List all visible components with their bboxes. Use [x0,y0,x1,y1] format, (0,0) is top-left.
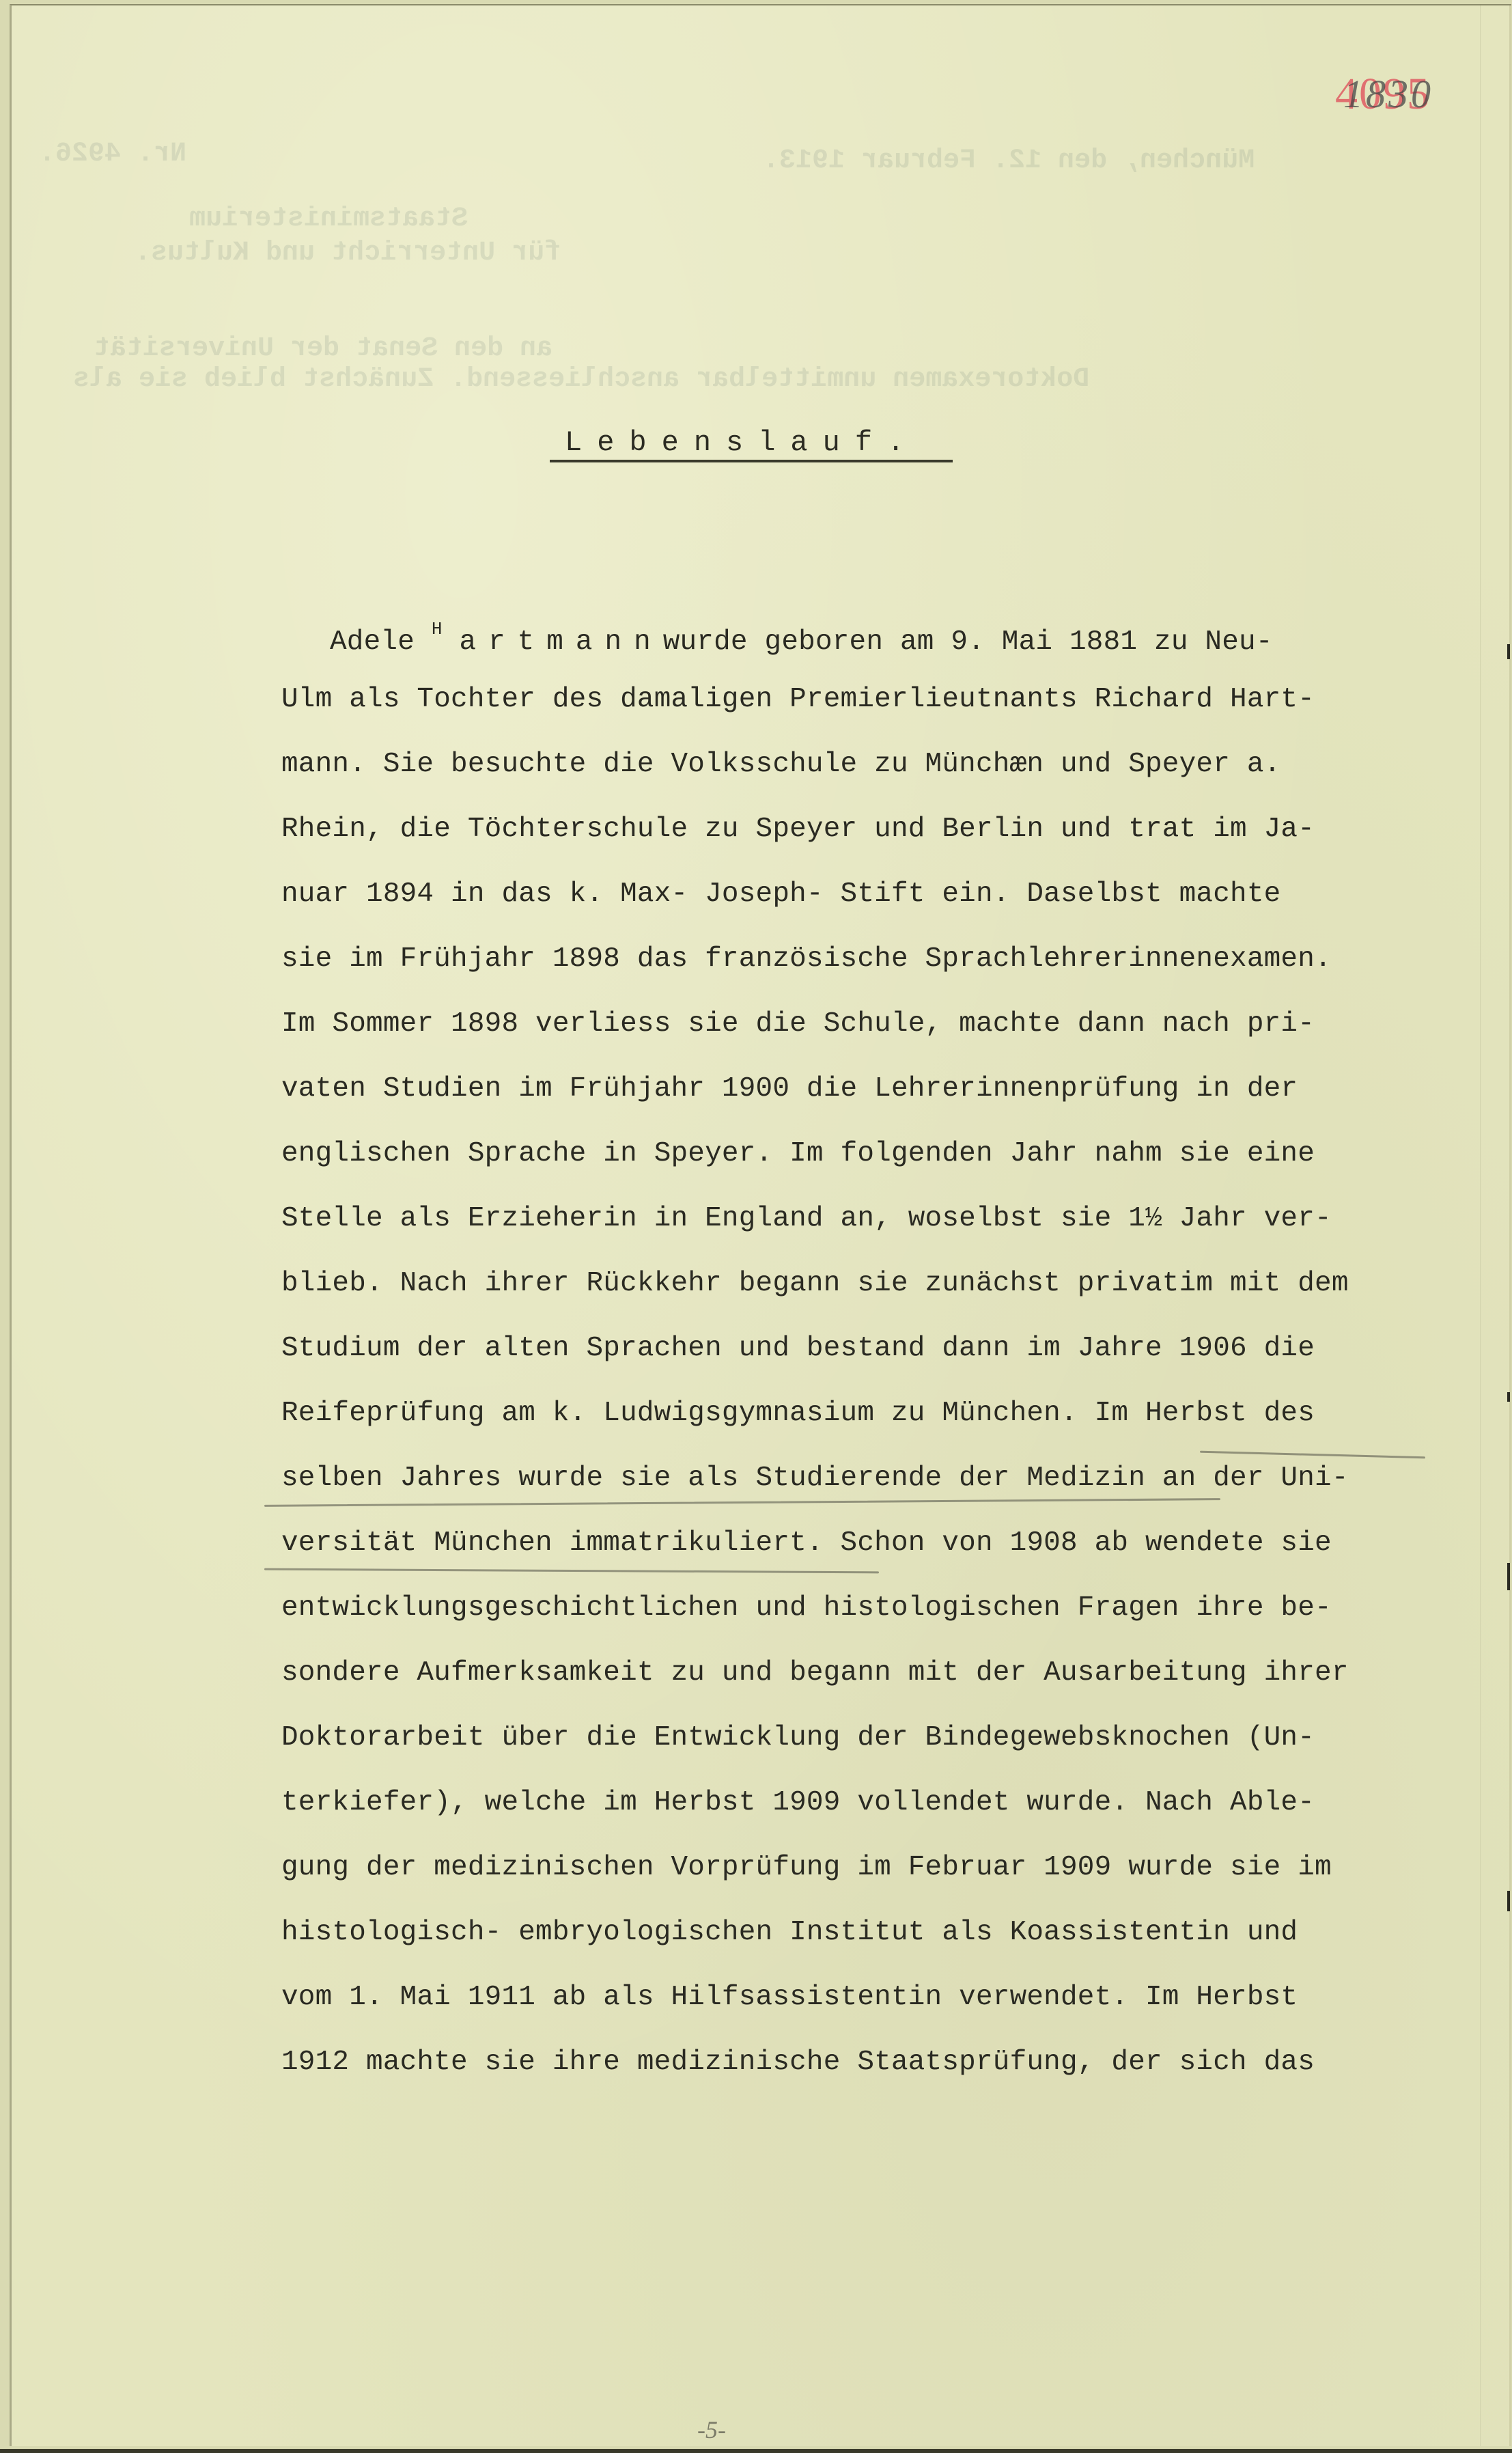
text-line: Doktorarbeit über die Entwicklung der Bi… [281,1722,1315,1754]
margin-mark [1507,644,1510,659]
text-line: gung der medizinischen Vorprüfung im Feb… [281,1852,1332,1883]
text-line: versität München immatrikuliert. Schon v… [281,1527,1332,1559]
text-line: Reifeprüfung am k. Ludwigsgymnasium zu M… [281,1398,1315,1429]
text-line: Ulm als Tochter des damaligen Premierlie… [281,684,1315,715]
text-line: Stelle als Erzieherin in England an, wos… [281,1203,1332,1234]
text-line-1: Adele H artmannwurde geboren am 9. Mai 1… [330,619,1273,658]
scan-bottom-edge [0,2449,1512,2453]
pencil-underline [1200,1451,1425,1459]
margin-mark [1507,1891,1510,1911]
text-line: 1912 machte sie ihre medizinische Staats… [281,2047,1315,2078]
bleed-through-text: an den Senat der Universität [94,333,552,364]
margin-mark [1507,1392,1510,1402]
text-line: histologisch- embryologischen Institut a… [281,1917,1298,1948]
title-underline [550,460,953,462]
text-line: terkiefer), welche im Herbst 1909 vollen… [281,1787,1315,1818]
pencil-archive-number: 1830 [1343,71,1433,117]
pencil-underline [264,1568,879,1574]
text-line: mann. Sie besuchte die Volksschule zu Mü… [281,749,1280,780]
first-name: Adele [330,626,415,658]
text-line: entwicklungsgeschichtlichen und histolog… [281,1592,1332,1624]
text-line: Rhein, die Töchterschule zu Speyer und B… [281,814,1315,845]
text-line: sie im Frühjahr 1898 das französische Sp… [281,943,1332,975]
text-line: vaten Studien im Frühjahr 1900 die Lehre… [281,1073,1298,1105]
page-fold-line [1480,5,1481,2446]
text-line: sondere Aufmerksamkeit zu und begann mit… [281,1657,1349,1689]
text-line: vom 1. Mai 1911 ab als Hilfsassistentin … [281,1982,1298,2013]
bleed-through-text: München, den 12. Februar 1913. [763,145,1255,176]
text-line: Im Sommer 1898 verliess sie die Schule, … [281,1008,1315,1040]
text-line: blieb. Nach ihrer Rückkehr begann sie zu… [281,1268,1349,1299]
text-line: nuar 1894 in das k. Max- Joseph- Stift e… [281,878,1280,910]
bleed-through-text: Doktorexamen unmittelbar anschliessend. … [73,364,1089,395]
surname-spaced: artmann [459,626,662,658]
document-title: Lebenslauf. [565,426,919,459]
bleed-through-text: für Unterricht und Kultus. [135,238,561,268]
margin-mark [1507,1563,1510,1590]
text-line: selben Jahres wurde sie als Studierende … [281,1463,1349,1494]
line-1-rest: wurde geboren am 9. Mai 1881 zu Neu- [663,626,1273,658]
text-line: englischen Sprache in Speyer. Im folgend… [281,1138,1315,1169]
surname-initial: H [432,619,443,639]
page-number: -5- [697,2415,726,2444]
bleed-through-text: Nr. 4926. [39,139,186,169]
bleed-through-text: Staatsministerium [189,204,468,234]
pencil-underline [264,1498,1220,1507]
text-line: Studium der alten Sprachen und bestand d… [281,1333,1315,1364]
document-page: Nr. 4926. München, den 12. Februar 1913.… [10,4,1511,2446]
